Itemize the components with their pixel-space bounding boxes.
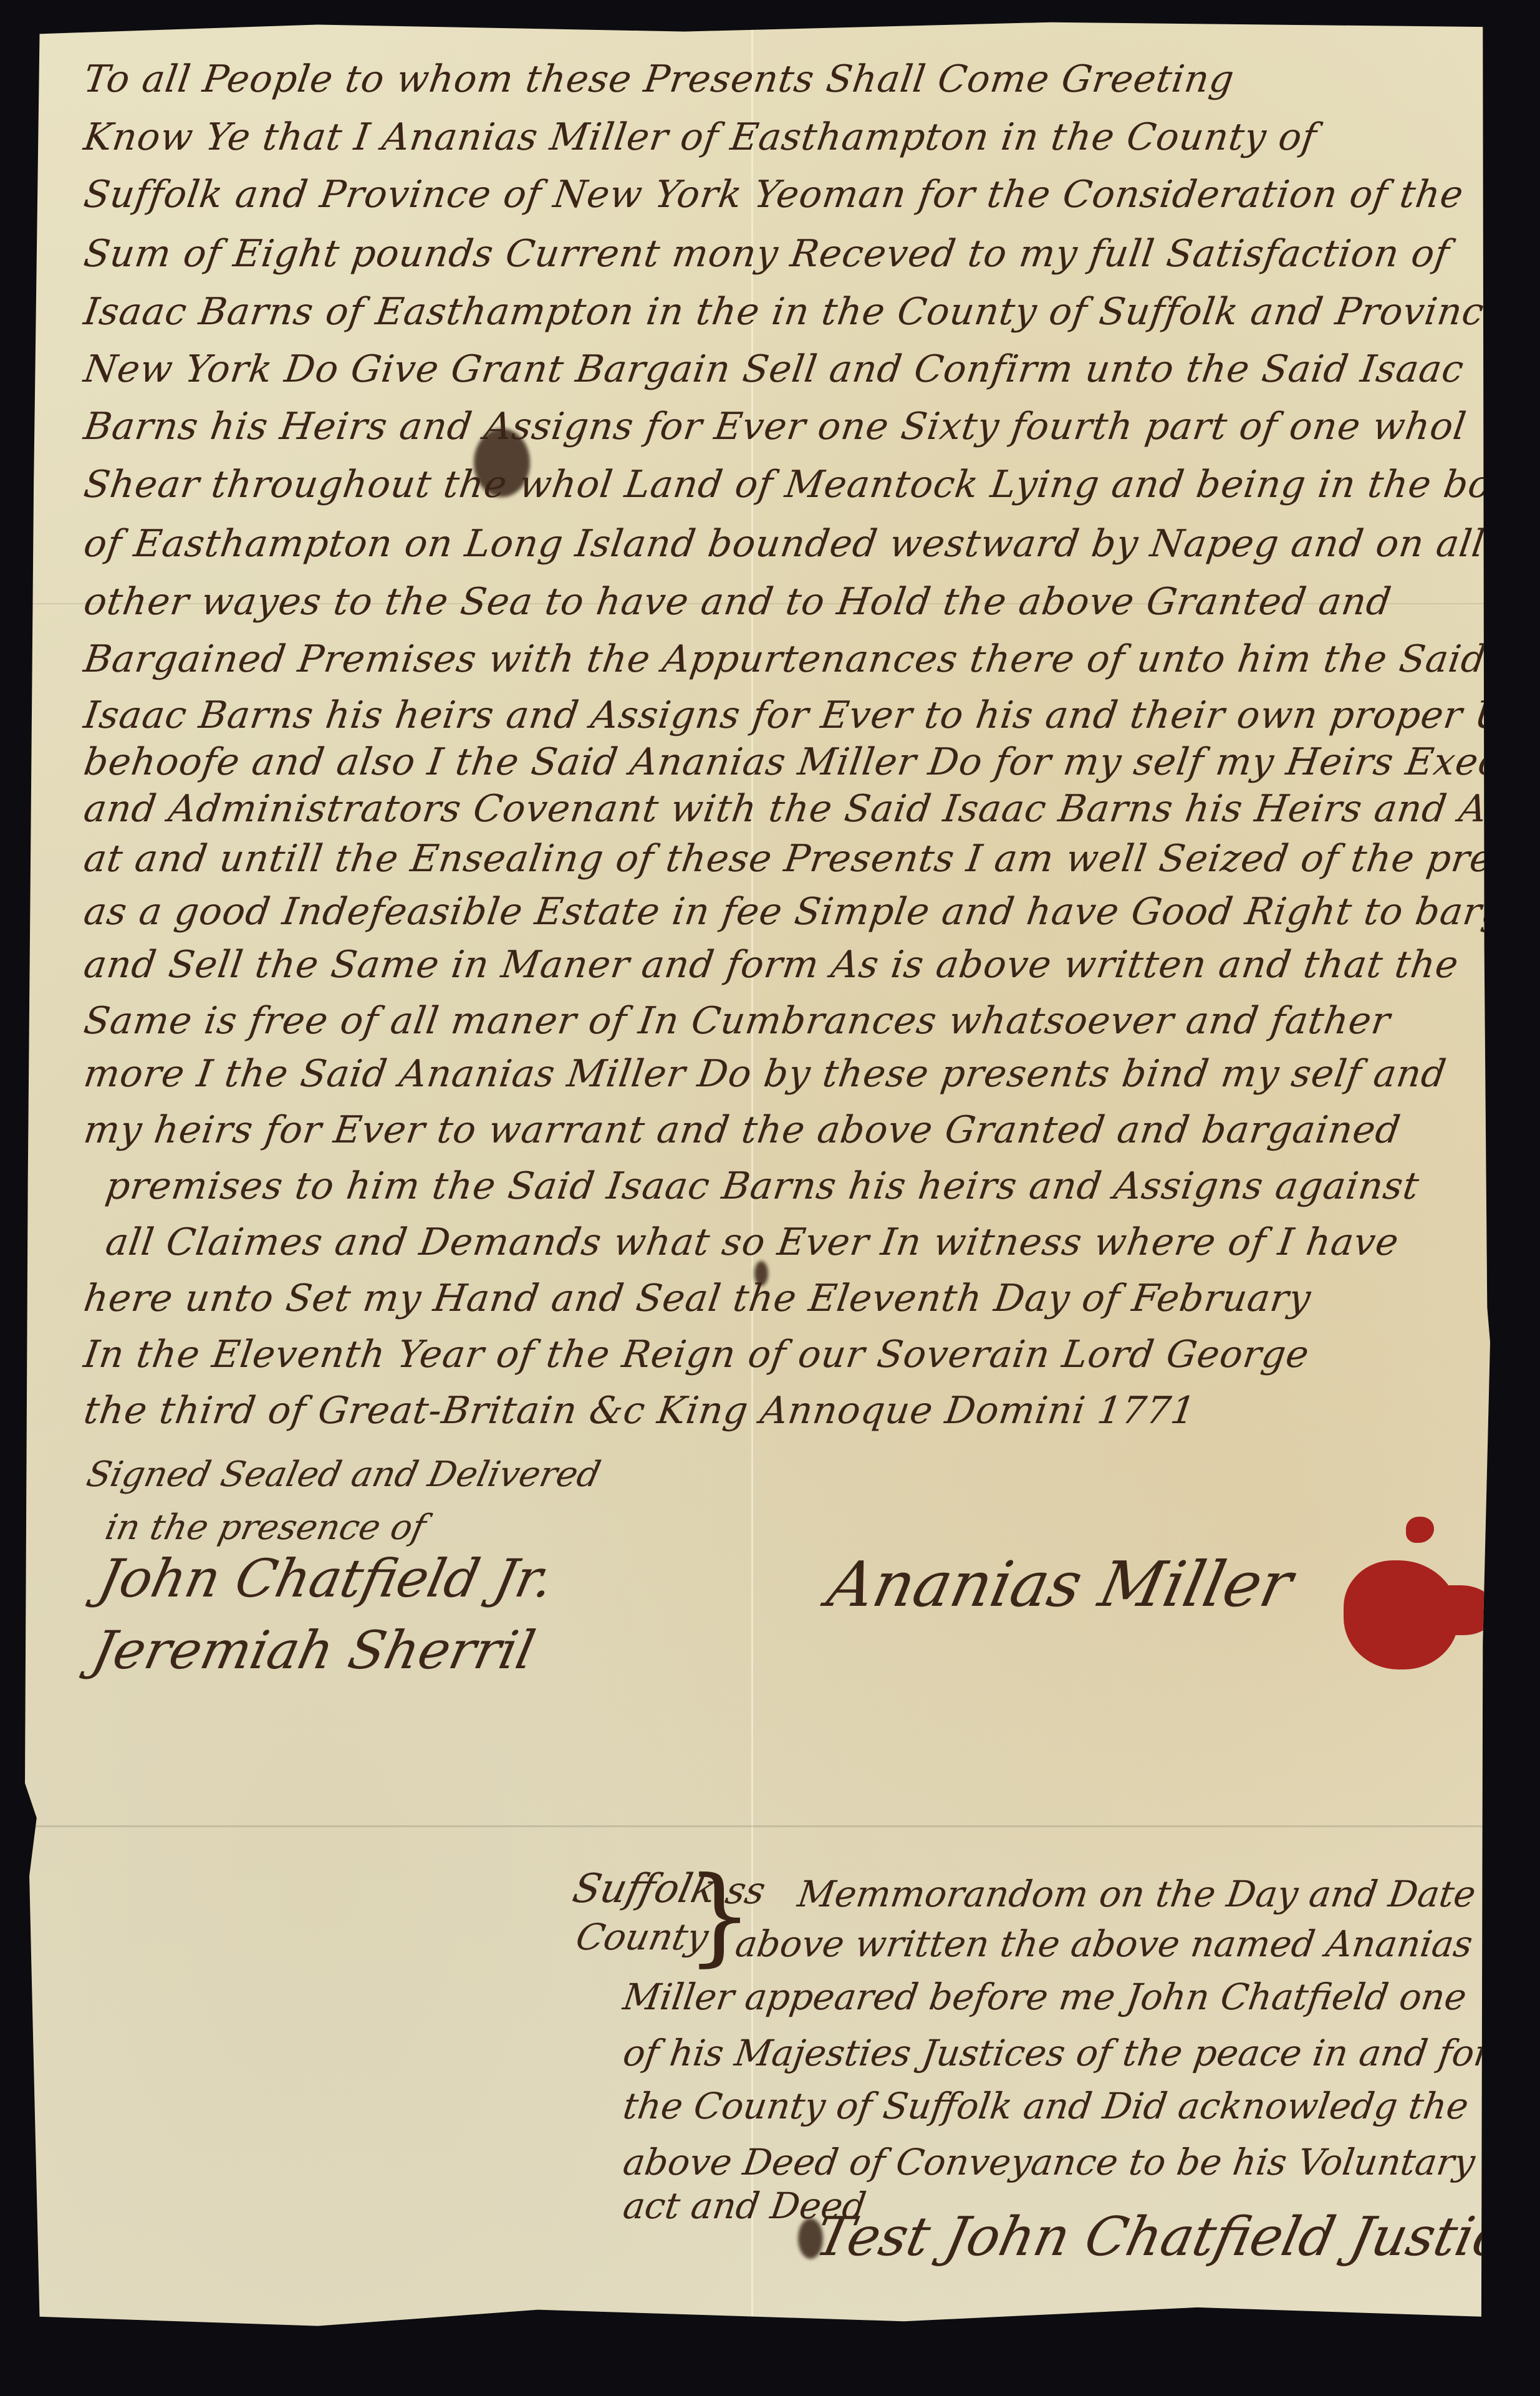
- deed-line: behoofe and also I the Said Ananias Mill…: [80, 737, 1490, 787]
- witness-signature: John Chatfield Jr.: [94, 1548, 559, 1609]
- memo-line: above written the above named Ananias: [732, 1919, 1540, 1969]
- deed-line: Barns his Heirs and Assigns for Ever one…: [80, 402, 1490, 452]
- deed-line: New York Do Give Grant Bargain Sell and …: [80, 344, 1490, 394]
- deed-line: premises to him the Said Isaac Barns his…: [102, 1161, 1512, 1211]
- deed-line: In the Eleventh Year of the Reign of our…: [80, 1330, 1490, 1379]
- wax-seal-fragment: [1406, 1517, 1434, 1543]
- justice-signature: Test John Chatfield Justice: [810, 2206, 1540, 2268]
- wax-seal-drip: [1428, 1585, 1496, 1635]
- memo-line: Miller appeared before me John Chatfield…: [620, 1972, 1499, 2022]
- deed-line: Isaac Barns his heirs and Assigns for Ev…: [80, 690, 1490, 740]
- attestation-heading: in the presence of: [102, 1507, 430, 1548]
- horizontal-fold-line: [25, 1825, 1490, 1827]
- deed-line: and Administrators Covenant with the Sai…: [80, 784, 1490, 834]
- deed-line: Suffolk and Province of New York Yeoman …: [80, 170, 1490, 220]
- deed-line: my heirs for Ever to warrant and the abo…: [80, 1105, 1490, 1155]
- deed-line: here unto Set my Hand and Seal the Eleve…: [80, 1273, 1490, 1323]
- deed-line: at and untill the Ensealing of these Pre…: [80, 834, 1490, 884]
- deed-line: Isaac Barns of Easthampton in the in the…: [80, 287, 1490, 337]
- memo-line: Memmorandom on the Day and Date: [794, 1869, 1540, 1919]
- ink-blot: [1400, 2334, 1415, 2362]
- deed-paper: To all People to whom these Presents Sha…: [25, 20, 1490, 2340]
- grantor-signature: Ananias Miller: [822, 1548, 1299, 1621]
- deed-line: Shear throughout the whol Land of Meanto…: [80, 460, 1490, 510]
- deed-line: all Claimes and Demands what so Ever In …: [102, 1217, 1512, 1267]
- deed-line: Sum of Eight pounds Current mony Receved…: [80, 229, 1490, 279]
- witness-signature: Jeremiah Sherril: [87, 1620, 541, 1681]
- deed-line: To all People to whom these Presents Sha…: [80, 54, 1490, 104]
- ss-label: ss: [722, 1869, 769, 1913]
- deed-line: of Easthampton on Long Island bounded we…: [80, 519, 1490, 569]
- memo-line: of his Majesties Justices of the peace i…: [620, 2028, 1499, 2078]
- deed-line: and Sell the Same in Maner and form As i…: [80, 940, 1490, 990]
- deed-line: other wayes to the Sea to have and to Ho…: [80, 577, 1490, 627]
- memo-line: the County of Suffolk and Did acknowledg…: [620, 2081, 1499, 2131]
- deed-line: Know Ye that I Ananias Miller of Eastham…: [80, 112, 1490, 162]
- deed-line: Bargained Premises with the Appurtenance…: [80, 634, 1490, 684]
- attestation-heading: Signed Sealed and Delivered: [83, 1454, 604, 1495]
- deed-line: more I the Said Ananias Miller Do by the…: [80, 1049, 1490, 1099]
- deed-line: Same is free of all maner of In Cumbranc…: [80, 996, 1490, 1046]
- memo-line: above Deed of Conveyance to be his Volun…: [620, 2137, 1499, 2187]
- deed-line: the third of Great-Britain &c King Annoq…: [80, 1386, 1490, 1436]
- deed-line: as a good Indefeasible Estate in fee Sim…: [80, 887, 1490, 937]
